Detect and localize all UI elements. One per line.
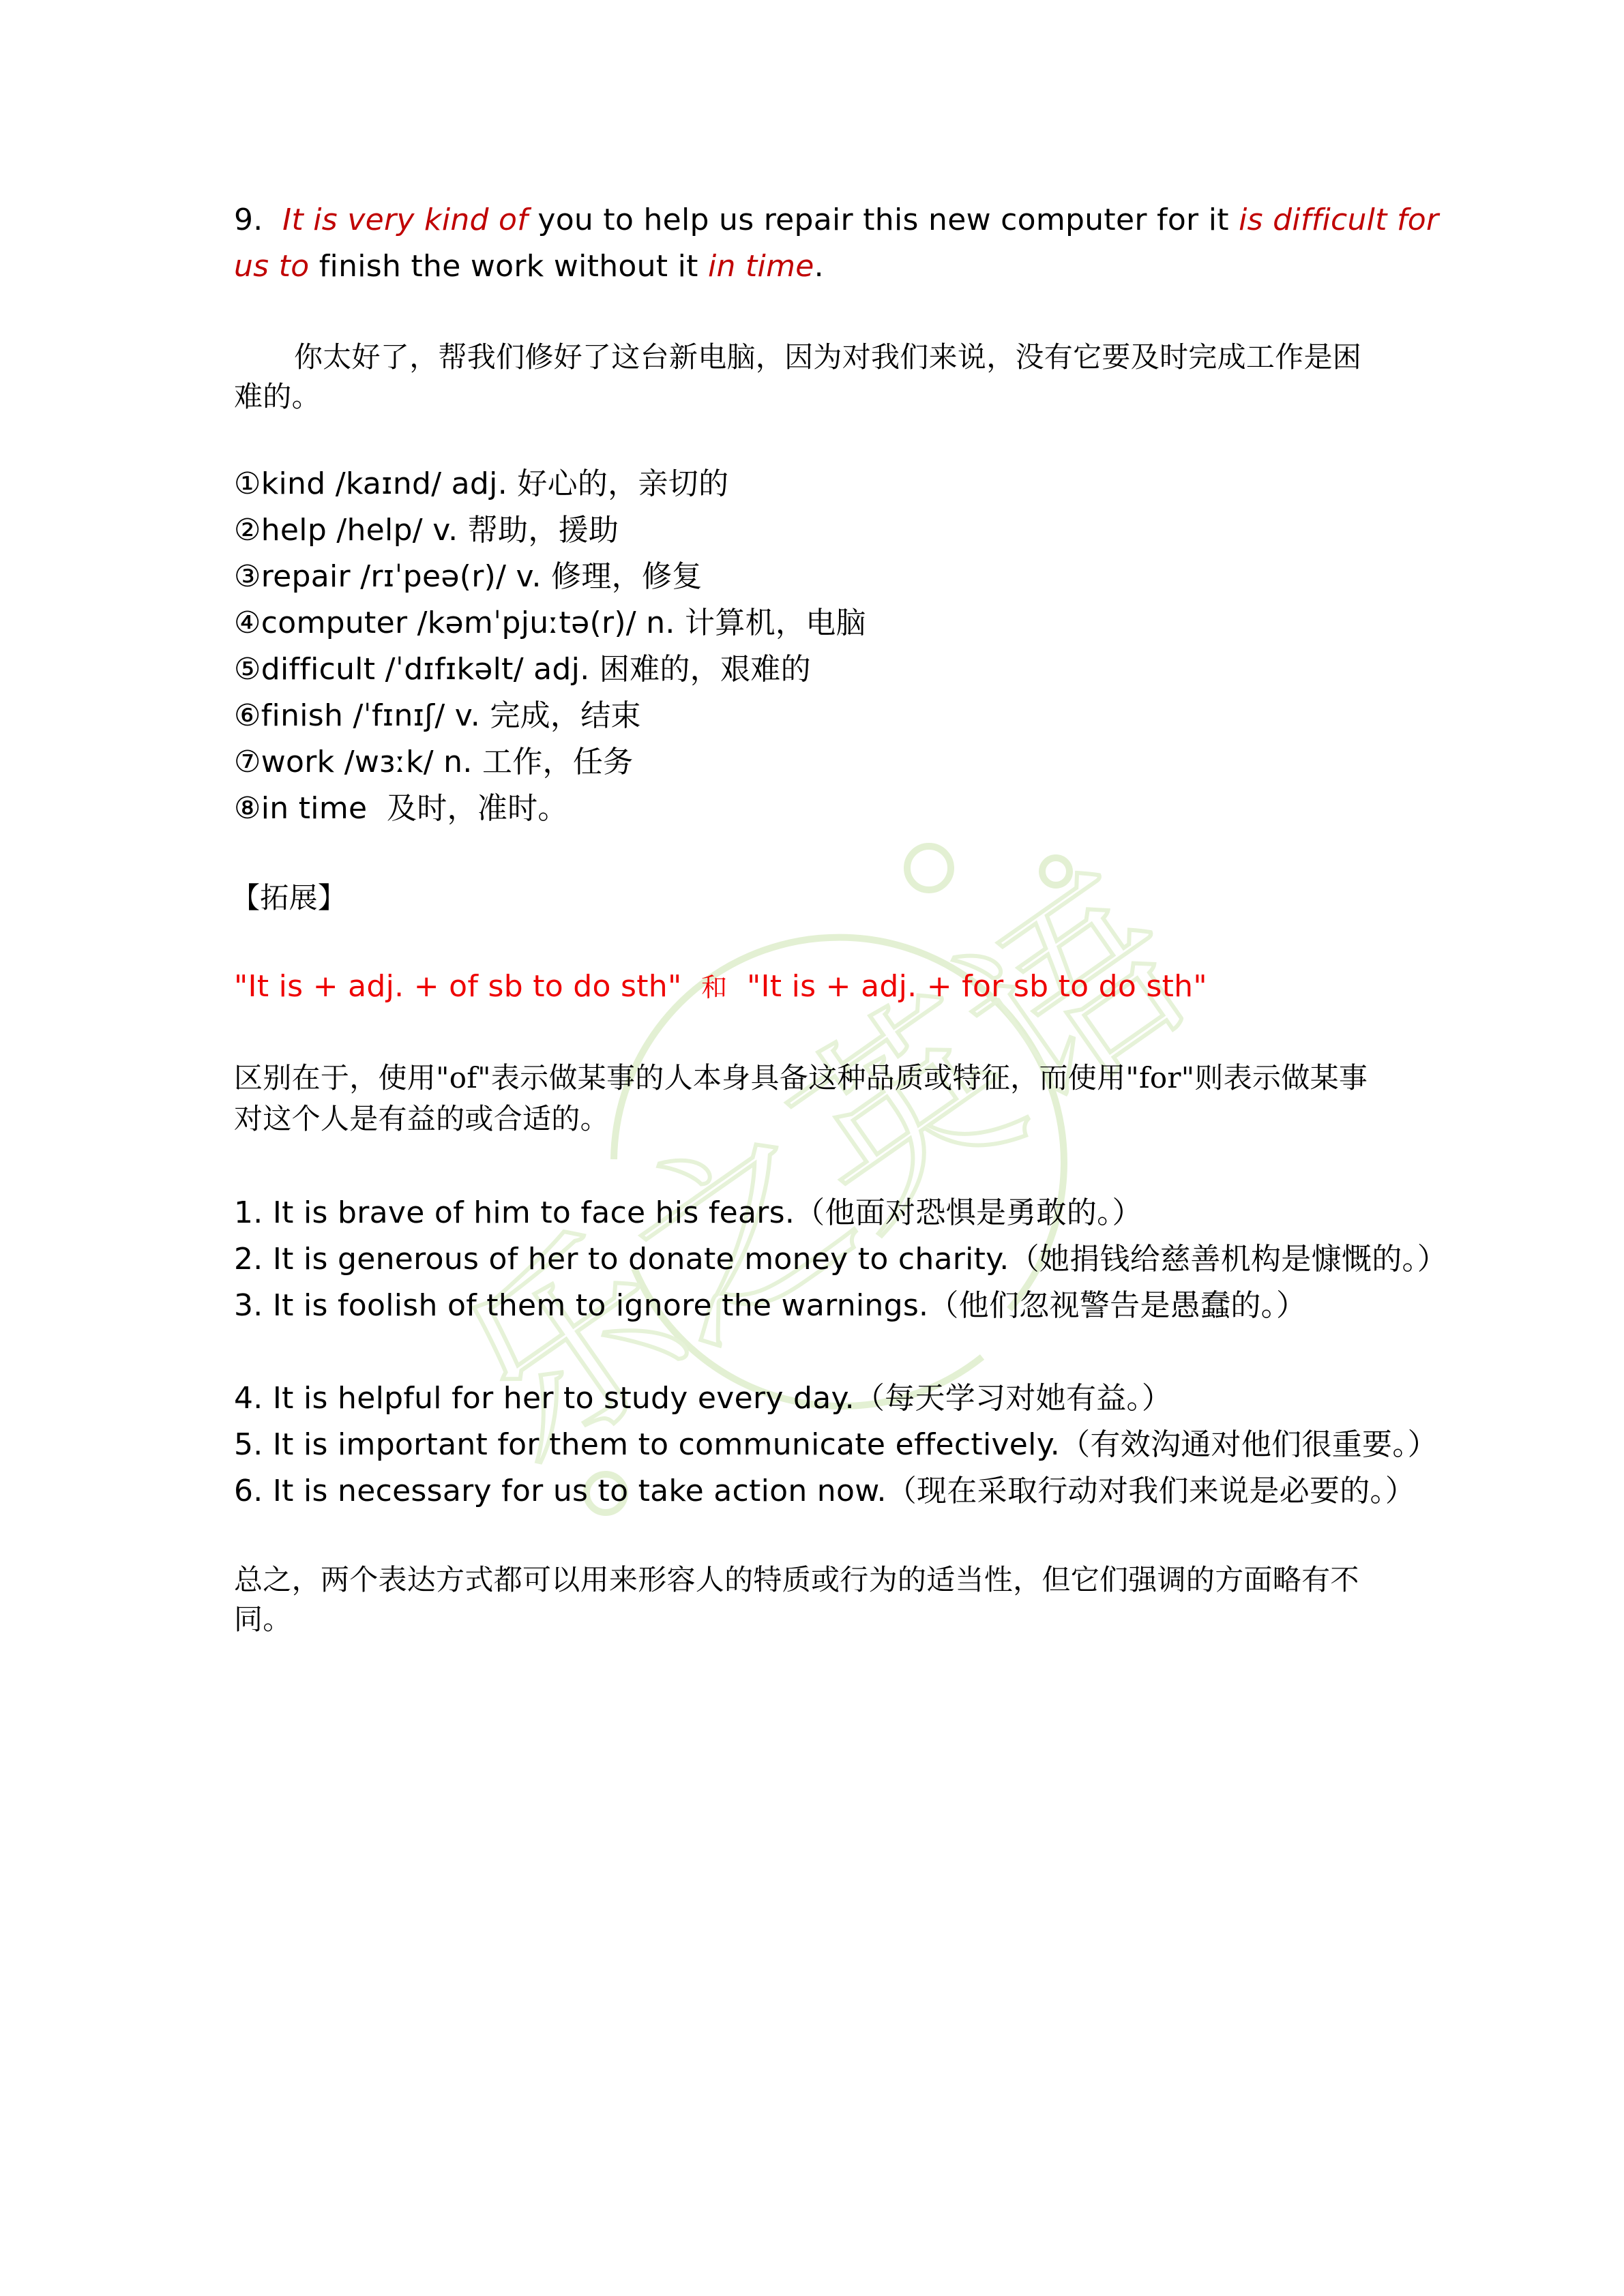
sentence-text: finish the work without it — [309, 249, 708, 284]
vocab-meaning: 工作，任务 — [482, 745, 634, 779]
vocab-meaning: 计算机，电脑 — [685, 606, 866, 640]
vocab-pos: adj. — [452, 466, 507, 501]
translation-line-1: 你太好了，帮我们修好了这台新电脑，因为对我们来说，没有它要及时完成工作是困 — [294, 334, 1361, 381]
example-for-5: 5. It is important for them to communica… — [234, 1422, 1438, 1468]
vocab-phonetic: /wɜːk/ — [344, 745, 434, 779]
vocab-word: work — [261, 745, 335, 779]
vocab-item: ④computer /kəmˈpjuːtə(r)/ n. 计算机，电脑 — [234, 600, 866, 646]
example-of-1: 1. It is brave of him to face his fears.… — [234, 1190, 1142, 1236]
explanation-line-1: 区别在于，使用"of"表示做某事的人本身具备这种品质或特征，而使用"for"则表… — [234, 1055, 1368, 1101]
example-english: 4. It is helpful for her to study every … — [234, 1381, 855, 1416]
vocab-marker: ④ — [234, 606, 261, 640]
sentence-text: . — [814, 249, 824, 284]
example-sentence-line-1: 9. It is very kind of you to help us rep… — [234, 197, 1438, 243]
vocab-marker: ⑦ — [234, 745, 261, 779]
vocab-marker: ⑧ — [234, 791, 261, 826]
vocab-marker: ⑤ — [234, 652, 261, 687]
example-of-2: 2. It is generous of her to donate money… — [234, 1236, 1447, 1283]
vocab-pos: v. — [455, 698, 480, 733]
example-for-4: 4. It is helpful for her to study every … — [234, 1375, 1172, 1422]
vocab-pos: v. — [432, 513, 458, 548]
example-chinese: （他面对恐惧是勇敢的。） — [795, 1195, 1142, 1230]
example-chinese: （每天学习对她有益。） — [855, 1381, 1172, 1416]
vocab-marker: ⑥ — [234, 698, 261, 733]
highlight-phrase: in time — [708, 249, 814, 284]
vocab-marker: ① — [234, 466, 261, 501]
vocab-word: computer — [261, 606, 408, 640]
formula-conjunction: 和 — [701, 972, 727, 1002]
vocab-item: ③repair /rɪˈpeə(r)/ v. 修理，修复 — [234, 554, 703, 600]
formula-comparison: "It is + adj. + of sb to do sth" 和 "It i… — [234, 964, 1207, 1011]
vocab-word: help — [261, 513, 327, 548]
vocab-item: ⑥finish /ˈfɪnɪʃ/ v. 完成，结束 — [234, 693, 641, 739]
vocab-phonetic: /help/ — [336, 513, 423, 548]
example-for-6: 6. It is necessary for us to take action… — [234, 1468, 1415, 1515]
example-chinese: （有效沟通对他们很重要。） — [1060, 1427, 1438, 1462]
vocab-word: in time — [261, 791, 368, 826]
vocab-item: ⑦work /wɜːk/ n. 工作，任务 — [234, 739, 633, 786]
formula-of: "It is + adj. + of sb to do sth" — [234, 969, 682, 1004]
vocab-item: ⑤difficult /ˈdɪfɪkəlt/ adj. 困难的，艰难的 — [234, 646, 811, 693]
vocab-marker: ② — [234, 513, 261, 548]
example-english: 2. It is generous of her to donate money… — [234, 1242, 1009, 1277]
example-of-3: 3. It is foolish of them to ignore the w… — [234, 1283, 1306, 1329]
translation-line-2: 难的。 — [234, 374, 321, 420]
example-english: 1. It is brave of him to face his fears. — [234, 1195, 795, 1230]
document-page: 乐之英语 9. It is very kind of you to help u… — [0, 0, 1624, 2296]
vocab-item: ②help /help/ v. 帮助，援助 — [234, 507, 619, 554]
vocab-word: repair — [261, 559, 351, 594]
summary-line-2: 同。 — [234, 1596, 292, 1643]
vocab-phonetic: /ˈdɪfɪkəlt/ — [385, 652, 524, 687]
example-english: 5. It is important for them to communica… — [234, 1427, 1060, 1462]
vocab-pos: adj. — [533, 652, 589, 687]
vocab-meaning: 完成，结束 — [490, 698, 641, 733]
vocab-meaning: 帮助，援助 — [468, 513, 619, 548]
explanation-line-2: 对这个人是有益的或合适的。 — [234, 1096, 609, 1142]
vocab-phonetic: /kəmˈpjuːtə(r)/ — [417, 606, 636, 640]
vocab-pos: v. — [516, 559, 542, 594]
example-chinese: （他们忽视警告是愚蠢的。） — [928, 1288, 1306, 1323]
example-chinese: （她捐钱给慈善机构是慷慨的。） — [1009, 1242, 1448, 1277]
vocab-pos: n. — [443, 745, 472, 779]
summary-line-1: 总之，两个表达方式都可以用来形容人的特质或行为的适当性，但它们强调的方面略有不 — [234, 1557, 1359, 1603]
highlight-phrase: us to — [234, 249, 309, 284]
vocab-phonetic: /ˈfɪnɪʃ/ — [353, 698, 445, 733]
example-chinese: （现在采取行动对我们来说是必要的。） — [887, 1474, 1415, 1508]
vocab-meaning: 修理，修复 — [551, 559, 703, 594]
vocab-word: kind — [261, 466, 326, 501]
sentence-text: you to help us repair this new computer … — [528, 203, 1239, 237]
vocab-word: difficult — [261, 652, 376, 687]
example-sentence-line-2: us to finish the work without it in time… — [234, 243, 824, 290]
highlight-phrase: It is very kind of — [282, 203, 528, 237]
highlight-phrase: is difficult for — [1239, 203, 1438, 237]
formula-for: "It is + adj. + for sb to do sth" — [747, 969, 1207, 1004]
example-english: 6. It is necessary for us to take action… — [234, 1474, 887, 1508]
vocab-phonetic: /kaɪnd/ — [336, 466, 442, 501]
vocab-phonetic: /rɪˈpeə(r)/ — [360, 559, 506, 594]
vocab-pos: n. — [646, 606, 675, 640]
sentence-number: 9. — [234, 203, 263, 237]
extension-heading: 【拓展】 — [231, 875, 346, 921]
example-english: 3. It is foolish of them to ignore the w… — [234, 1288, 928, 1323]
vocab-meaning: 及时，准时。 — [387, 791, 568, 826]
vocab-item: ⑧in time 及时，准时。 — [234, 786, 568, 832]
vocab-marker: ③ — [234, 559, 261, 594]
vocab-item: ①kind /kaɪnd/ adj. 好心的，亲切的 — [234, 461, 728, 507]
vocab-meaning: 困难的，艰难的 — [600, 652, 811, 687]
vocab-meaning: 好心的，亲切的 — [517, 466, 728, 501]
vocab-word: finish — [261, 698, 343, 733]
